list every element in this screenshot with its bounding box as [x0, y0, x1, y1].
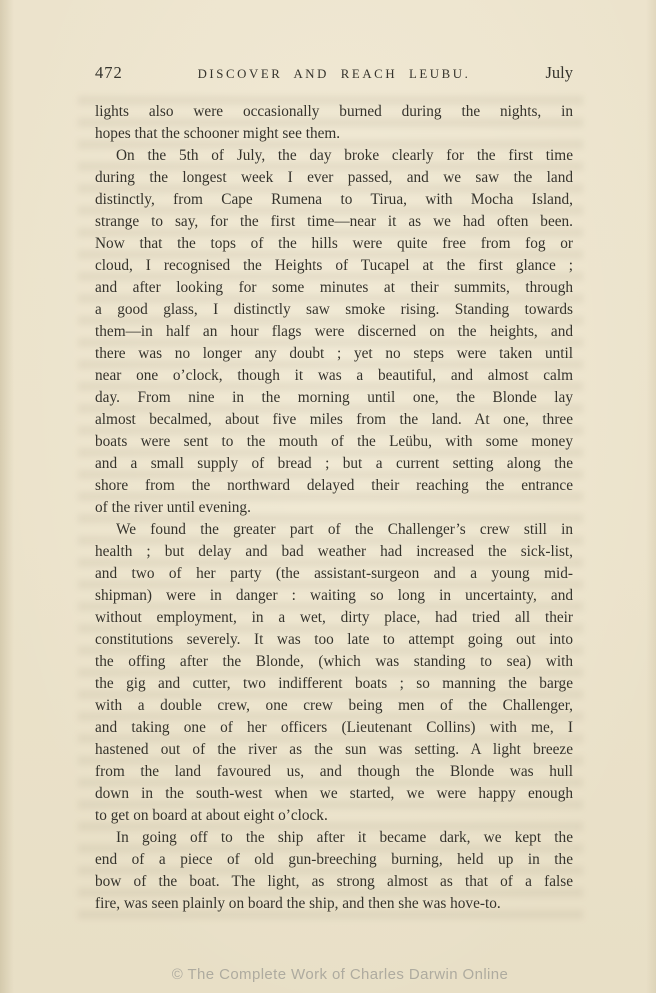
text-line: them—in half an hour flags were discerne… [95, 321, 573, 343]
text-line: during the longest week I ever passed, a… [95, 167, 573, 189]
header-month: July [513, 63, 573, 83]
text-line: and two of her party (the assistant-surg… [95, 563, 573, 585]
text-line: shipman) were in danger : waiting so lon… [95, 585, 573, 607]
text-line: a good glass, I distinctly saw smoke ris… [95, 299, 573, 321]
text-line: to get on board at about eight o’clock. [95, 805, 573, 827]
text-line: with a double crew, one crew being men o… [95, 695, 573, 717]
text-line: In going off to the ship after it became… [95, 827, 573, 849]
paragraph-1: lights also were occasionally burned dur… [95, 101, 573, 145]
page-number: 472 [95, 63, 155, 83]
copyright-watermark: © The Complete Work of Charles Darwin On… [12, 966, 656, 983]
text-line: of the river until evening. [95, 497, 573, 519]
text-line: health ; but delay and bad weather had i… [95, 541, 573, 563]
text-line: there was no longer any doubt ; yet no s… [95, 343, 573, 365]
text-line: and taking one of her officers (Lieutena… [95, 717, 573, 739]
text-line: Now that the tops of the hills were quit… [95, 233, 573, 255]
text-line: and after looking for some minutes at th… [95, 277, 573, 299]
text-line: the offing after the Blonde, (which was … [95, 651, 573, 673]
text-line: end of a piece of old gun-breeching burn… [95, 849, 573, 871]
text-line: from the land favoured us, and though th… [95, 761, 573, 783]
paragraph-4: In going off to the ship after it became… [95, 827, 573, 915]
body-text: lights also were occasionally burned dur… [95, 101, 573, 915]
text-line: cloud, I recognised the Heights of Tucap… [95, 255, 573, 277]
text-line: the gig and cutter, two indifferent boat… [95, 673, 573, 695]
text-line: fire, was seen plainly on board the ship… [95, 893, 573, 915]
text-line: boats were sent to the mouth of the Leüb… [95, 431, 573, 453]
text-line: constitutions severely. It was too late … [95, 629, 573, 651]
text-line: day. From nine in the morning until one,… [95, 387, 573, 409]
text-line: without employment, in a wet, dirty plac… [95, 607, 573, 629]
text-line: lights also were occasionally burned dur… [95, 101, 573, 123]
text-line: hastened out of the river as the sun was… [95, 739, 573, 761]
text-line: near one o’clock, though it was a beauti… [95, 365, 573, 387]
paragraph-3: We found the greater part of the Challen… [95, 519, 573, 827]
text-line: distinctly, from Cape Rumena to Tirua, w… [95, 189, 573, 211]
text-line: bow of the boat. The light, as strong al… [95, 871, 573, 893]
paragraph-2: On the 5th of July, the day broke clearl… [95, 145, 573, 519]
text-line: We found the greater part of the Challen… [95, 519, 573, 541]
page-header: 472 DISCOVER AND REACH LEUBU. July [95, 63, 573, 83]
text-line: and a small supply of bread ; but a curr… [95, 453, 573, 475]
text-line: shore from the northward delayed their r… [95, 475, 573, 497]
text-line: hopes that the schooner might see them. [95, 123, 573, 145]
running-head: DISCOVER AND REACH LEUBU. [155, 67, 513, 82]
text-line: strange to say, for the first time—near … [95, 211, 573, 233]
text-line: On the 5th of July, the day broke clearl… [95, 145, 573, 167]
text-line: down in the south-west when we started, … [95, 783, 573, 805]
text-line: almost becalmed, about five miles from t… [95, 409, 573, 431]
